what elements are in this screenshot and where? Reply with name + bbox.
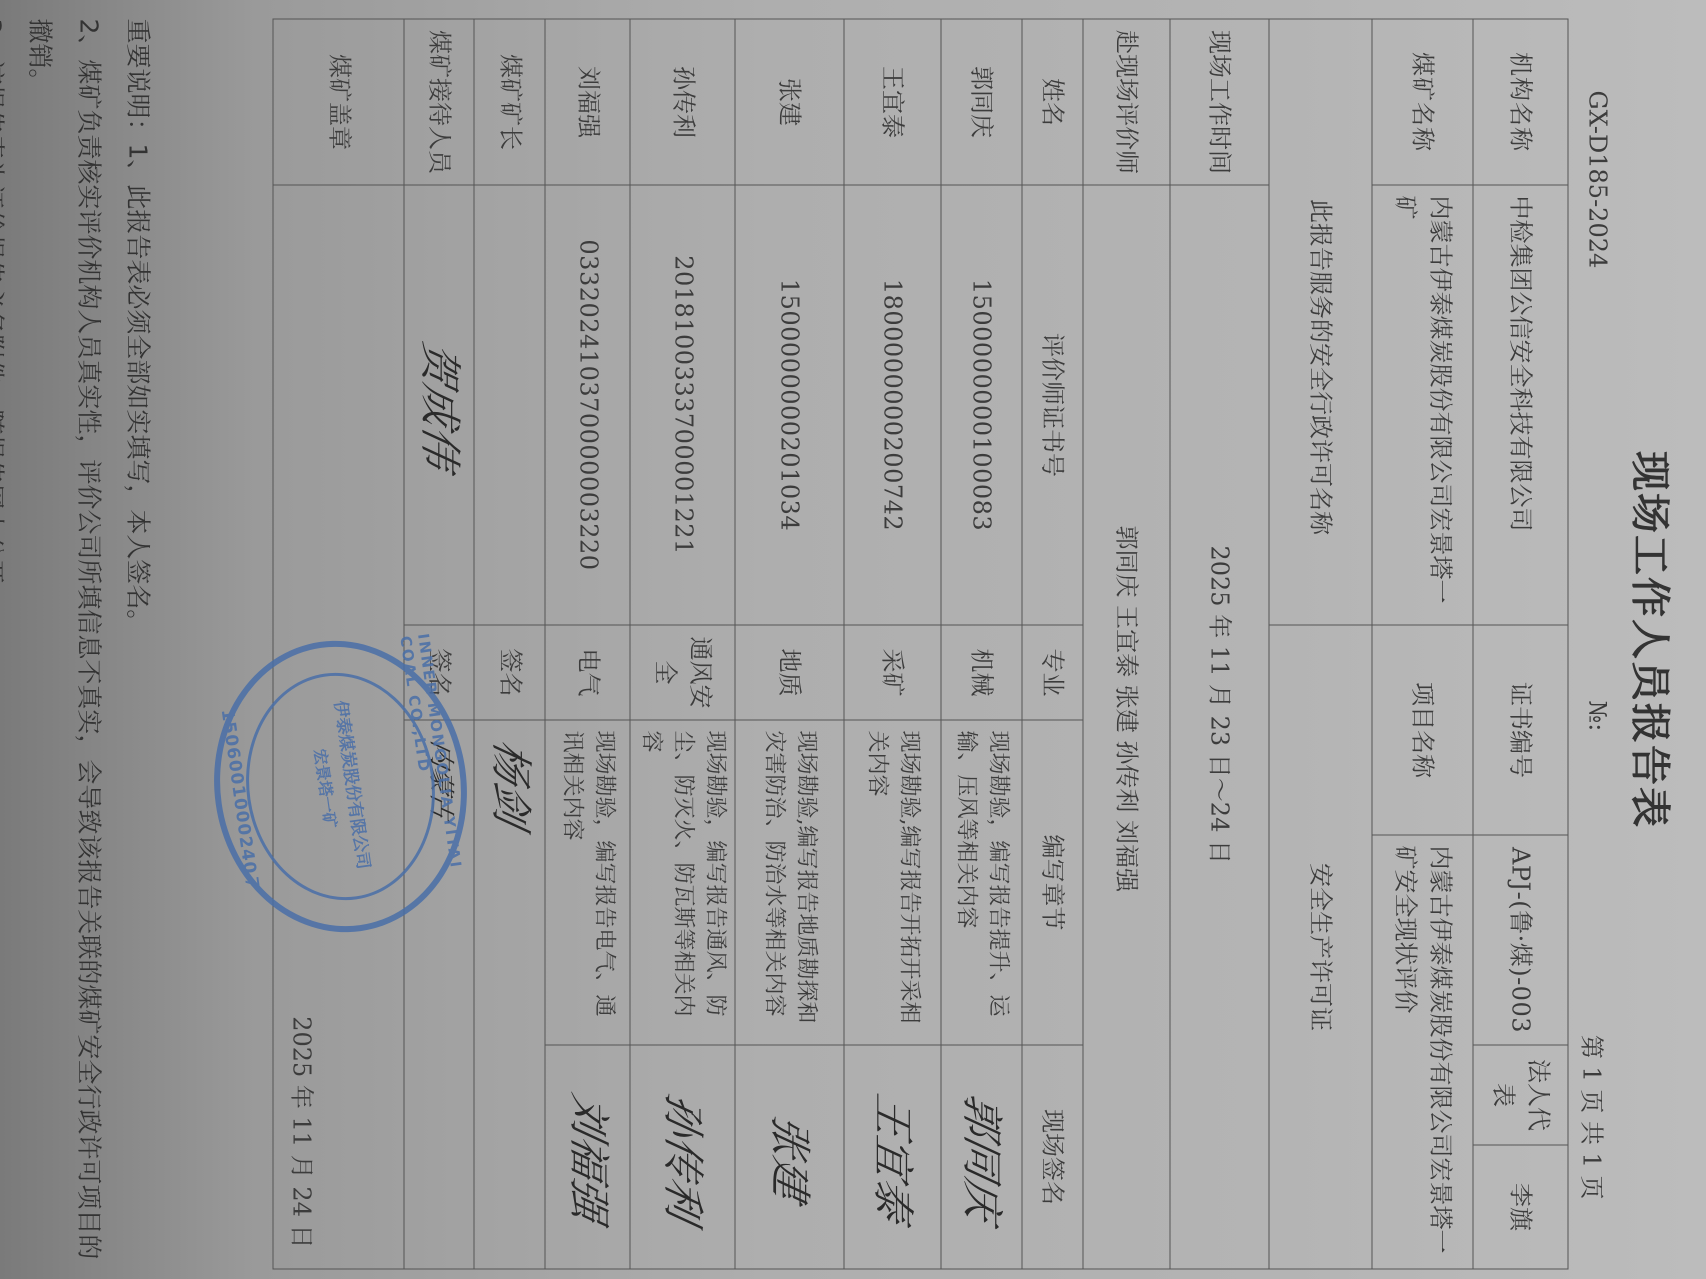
work-time-label: 现场工作时间 [1170,19,1269,185]
staff-name: 王宜泰 [844,19,941,185]
note-3: 3、该报告表为评价报告必备附件，随报告网上公开。 [0,18,15,1269]
meta-row: GX-D185-2024 №: 第 1 页 共 1 页 [1577,20,1611,1259]
mine-label: 煤矿名称 [1372,19,1473,185]
staff-cert: 1500000000100083 [941,185,1022,625]
cert-value: APJ-(鲁·煤)-003 [1473,835,1568,1045]
reception-label: 煤矿接待人员 [404,19,474,185]
header-chapter: 编写章节 [1022,720,1083,1045]
staff-signature: 刘福强 [545,1035,630,1277]
mine-row: 煤矿名称 内蒙古伊泰煤炭股份有限公司宏景塔一矿 项目名称 内蒙古伊泰煤炭股份有限… [1372,19,1473,1269]
work-time-value: 2025 年 11 月 23 日～24 日 [1170,185,1269,1269]
staff-major: 地质 [735,625,844,720]
number-label: №: [1583,700,1611,731]
staff-major: 采矿 [844,625,941,720]
mine-director-row: 煤矿矿长 签名 杨剑 [474,19,545,1269]
legal-rep-label: 法人代表 [1473,1045,1568,1145]
org-label: 机构名称 [1473,19,1568,185]
mine-value: 内蒙古伊泰煤炭股份有限公司宏景塔一矿 [1372,185,1473,625]
stamp-code: 1506001000240７ [216,707,266,893]
header-name: 姓名 [1022,19,1083,185]
staff-row: 孙传利 2018100333700001221 通风安全 现场勘验，编写报告通风… [630,19,735,1269]
stamp-line1: 伊泰煤炭股份有限公司 [329,698,377,870]
staff-name: 郭同庆 [941,19,1022,185]
important-notes: 重要说明：1、此报告表必须全部如实填写，本人签名。 2、煤矿负责核实评价机构人员… [0,18,161,1269]
staff-cert: 1800000000200742 [844,185,941,625]
legal-rep-value: 李旗 [1473,1145,1568,1269]
assessors-label: 赴现场评价师 [1083,19,1170,185]
staff-signature: 张建 [735,1033,844,1279]
org-value: 中检集团公信安全科技有限公司 [1473,185,1568,625]
staff-row: 刘福强 033202410370000003220 电气 现场勘验，编写报告电气… [545,19,630,1269]
page-title: 现场工作人员报告表 [1624,0,1681,1279]
staff-signature: 郭同庆 [941,1036,1022,1277]
staff-cert: 033202410370000003220 [545,185,630,625]
staff-row: 王宜泰 1800000000200742 采矿 现场勘验,编写报告开拓开采相关内… [844,19,941,1269]
report-page: 现场工作人员报告表 GX-D185-2024 №: 第 1 页 共 1 页 机构… [0,0,1706,1279]
staff-row: 张建 1500000000201034 地质 现场勘验,编写报告地质勘探和灾害防… [735,19,844,1269]
header-cert: 评价师证书号 [1022,185,1083,625]
reception-value: 贺成伟 [404,177,474,632]
staff-major: 电气 [545,625,630,720]
staff-chapter: 现场勘验,编写报告开拓开采相关内容 [844,720,941,1045]
staff-major: 通风安全 [630,625,735,720]
seal-date: 2025 年 11 月 24 日 [283,1016,318,1248]
permit-label: 此报告服务的安全行政许可名称 [1269,19,1372,625]
org-row: 机构名称 中检集团公信安全科技有限公司 证书编号 APJ-(鲁·煤)-003 法… [1473,19,1568,1269]
staff-name: 孙传利 [630,19,735,185]
header-signature: 现场签名 [1022,1045,1083,1269]
staff-header-row: 姓名 评价师证书号 专业 编写章节 现场签名 [1022,19,1083,1269]
staff-row: 郭同庆 1500000000100083 机械 现场勘验，编写报告提升、运输、压… [941,19,1022,1269]
staff-signature: 孙传利 [630,1033,735,1279]
director-signature: 杨剑 [474,712,545,1276]
assessors-value: 郭同庆 王宜泰 张建 孙传利 刘福强 [1083,185,1170,1269]
staff-chapter: 现场勘验，编写报告通风、防尘、防灭火、防瓦斯等相关内容 [630,720,735,1045]
permit-row: 此报告服务的安全行政许可名称 安全生产许可证 [1269,19,1372,1269]
director-label: 煤矿矿长 [474,19,545,185]
note-1: 重要说明：1、此报告表必须全部如实填写，本人签名。 [112,18,161,1269]
director-blank [474,185,545,625]
staff-cert: 1500000000201034 [735,185,844,625]
header-major: 专业 [1022,625,1083,720]
staff-chapter: 现场勘验，编写报告提升、运输、压风等相关内容 [941,720,1022,1045]
cert-label: 证书编号 [1473,625,1568,835]
page-info: 第 1 页 共 1 页 [1576,1034,1611,1199]
project-value: 内蒙古伊泰煤炭股份有限公司宏景塔一矿安全现状评价 [1372,835,1473,1269]
director-sign-label: 签名 [474,625,545,720]
staff-name: 张建 [735,19,844,185]
staff-major: 机械 [941,625,1022,720]
report-form-table: 机构名称 中检集团公信安全科技有限公司 证书编号 APJ-(鲁·煤)-003 法… [272,18,1568,1269]
work-time-row: 现场工作时间 2025 年 11 月 23 日～24 日 [1170,19,1269,1269]
assessors-row: 赴现场评价师 郭同庆 王宜泰 张建 孙传利 刘福强 [1083,19,1170,1269]
stamp-line2: 宏景塔一矿 [309,747,343,829]
staff-name: 刘福强 [545,19,630,185]
form-code: GX-D185-2024 [1583,90,1611,268]
staff-cert: 2018100333700001221 [630,185,735,625]
staff-signature: 王宜泰 [844,1034,941,1279]
staff-chapter: 现场勘验，编写报告电气、通讯相关内容 [545,720,630,1045]
seal-label: 煤矿盖章 [273,19,404,185]
note-2: 2、煤矿负责核实评价机构人员真实性，评价公司所填信息不真实，会导致该报告关联的煤… [15,18,113,1269]
project-label: 项目名称 [1372,625,1473,835]
permit-value: 安全生产许可证 [1269,625,1372,1269]
staff-chapter: 现场勘验,编写报告地质勘探和灾害防治、防治水等相关内容 [735,720,844,1045]
